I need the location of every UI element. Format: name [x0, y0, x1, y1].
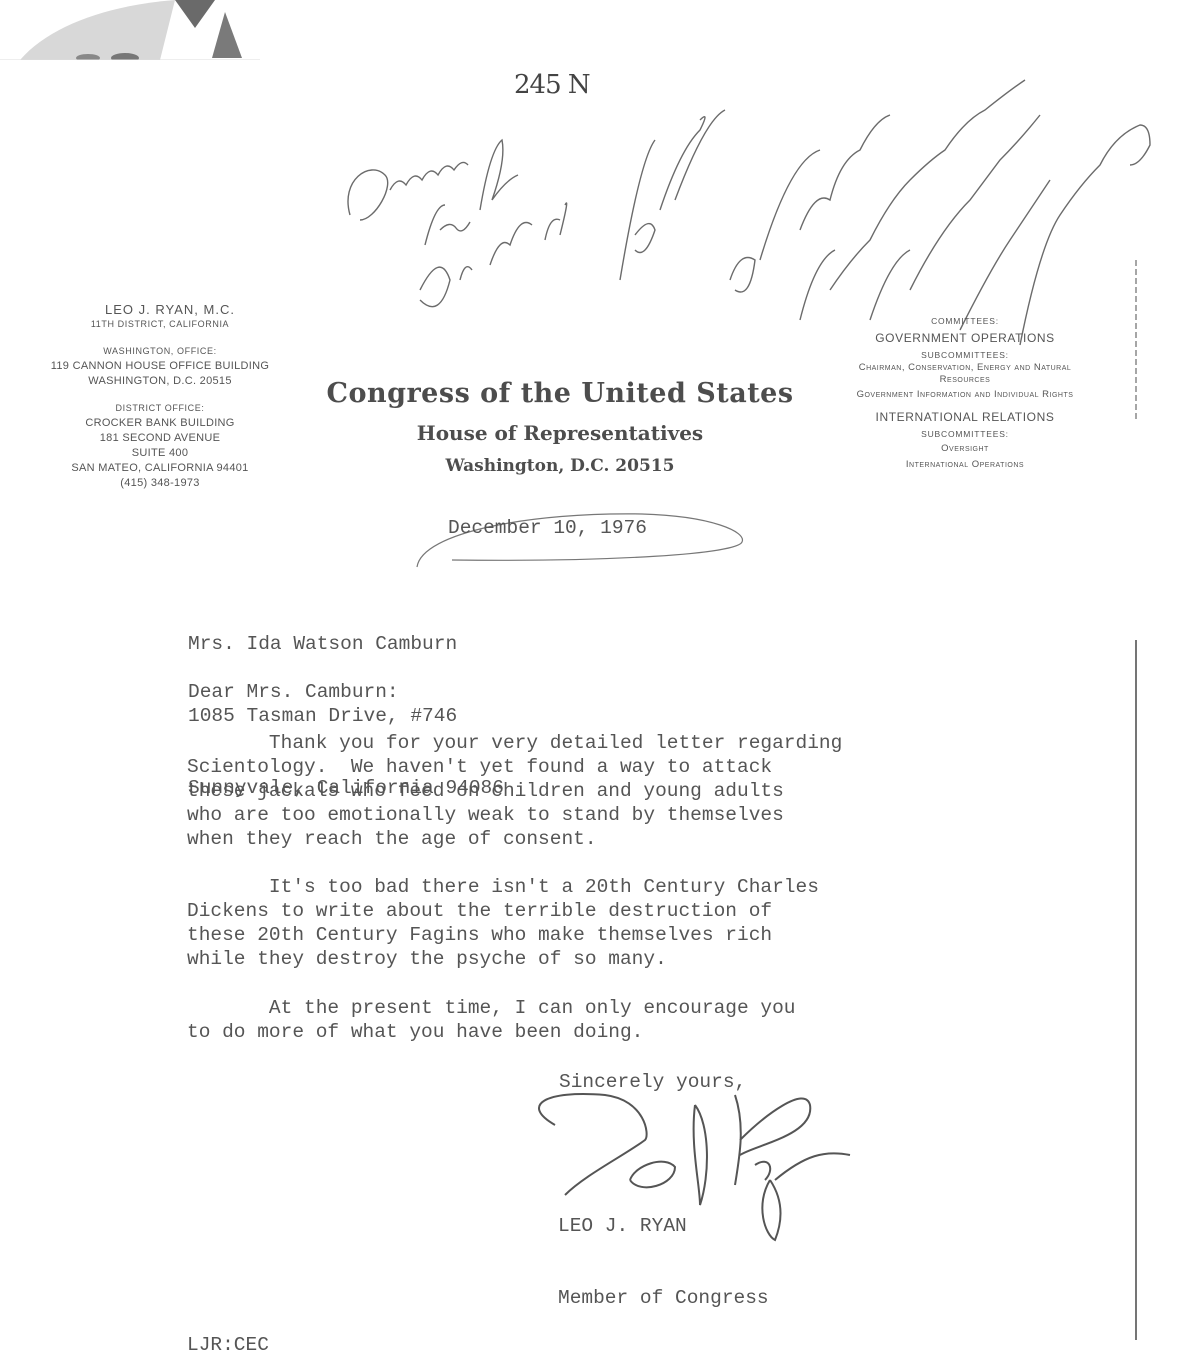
recipient-line: Mrs. Ida Watson Camburn	[188, 632, 504, 656]
sender-name: LEO J. RYAN, M.C.	[60, 302, 280, 317]
masthead-subtitle: House of Representatives	[300, 416, 820, 450]
masthead-title: Congress of the United States	[300, 372, 820, 416]
committee-name: INTERNATIONAL RELATIONS	[845, 407, 1085, 427]
washington-office-label: WASHINGTON, OFFICE:	[40, 344, 280, 359]
district-office-phone: (415) 348-1973	[40, 476, 280, 491]
signature-block: LEO J. RYAN Member of Congress	[558, 1166, 769, 1334]
masthead-city: Washington, D.C. 20515	[300, 450, 820, 482]
body-paragraph: Thank you for your very detailed letter …	[187, 731, 842, 851]
washington-office-line: 119 CANNON HOUSE OFFICE BUILDING	[40, 359, 280, 374]
subcommittee-name: Government Information and Individual Ri…	[845, 389, 1085, 401]
sender-district: 11TH DISTRICT, CALIFORNIA	[40, 317, 280, 332]
subcommittees-label: SUBCOMMITTEES:	[845, 427, 1085, 441]
subcommittee-name: Chairman, Conservation, Energy and Natur…	[845, 362, 1085, 386]
masthead: Congress of the United States House of R…	[300, 372, 820, 482]
reference-initials: LJR:CEC	[187, 1333, 269, 1357]
subcommittee-name: Oversight	[845, 441, 1085, 457]
recipient-line: 1085 Tasman Drive, #746	[188, 704, 504, 728]
district-office-line: 181 SECOND AVENUE	[40, 431, 280, 446]
salutation: Dear Mrs. Camburn:	[188, 680, 399, 704]
body-paragraph: At the present time, I can only encourag…	[187, 996, 796, 1044]
subcommittee-name: International Operations	[845, 457, 1085, 473]
signer-title: Member of Congress	[558, 1286, 769, 1310]
committees-label: COMMITTEES:	[845, 314, 1085, 328]
body-paragraph: It's too bad there isn't a 20th Century …	[187, 875, 819, 971]
letter-date: December 10, 1976	[448, 516, 647, 540]
scan-margin-line	[1135, 260, 1137, 1340]
district-office-label: DISTRICT OFFICE:	[40, 401, 280, 416]
district-office-line: SUITE 400	[40, 446, 280, 461]
district-office-line: CROCKER BANK BUILDING	[40, 416, 280, 431]
washington-office-line: WASHINGTON, D.C. 20515	[40, 374, 280, 389]
sender-info-block: LEO J. RYAN, M.C. 11TH DISTRICT, CALIFOR…	[40, 302, 280, 491]
scan-artifact	[0, 0, 260, 60]
subcommittees-label: SUBCOMMITTEES:	[845, 348, 1085, 362]
committee-name: GOVERNMENT OPERATIONS	[845, 328, 1085, 348]
signer-name: LEO J. RYAN	[558, 1214, 769, 1238]
district-office-line: SAN MATEO, CALIFORNIA 94401	[40, 461, 280, 476]
committees-block: COMMITTEES: GOVERNMENT OPERATIONS SUBCOM…	[845, 314, 1085, 473]
